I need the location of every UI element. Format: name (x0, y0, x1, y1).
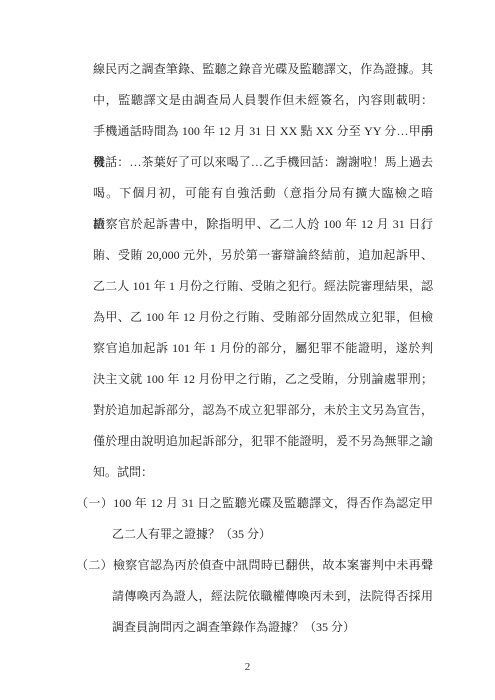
paragraph-line: 發話：…茶葉好了可以來喝了…乙手機回話：謝謝啦！馬上過去 (93, 147, 433, 178)
paragraph-line: 喝。下個月初，可能有自強活動（意指分局有擴大臨檢之暗語）」。 (93, 178, 433, 209)
paragraph-line: 為甲、乙 100 年 12 月份之行賄、受賄部分固然成立犯罪，但檢 (93, 302, 433, 333)
paragraph-line: 賄、受賄 20,000 元外，另於第一審辯論終結前，追加起訴甲、 (93, 240, 433, 271)
paragraph-line: 對於追加起訴部分，認為不成立犯罪部分，未於主文另為宣告， (93, 395, 433, 426)
paragraph-line: 僅於理由說明追加起訴部分，犯罪不能證明，爰不另為無罪之諭 (93, 426, 433, 457)
document-page: 線民丙之調查筆錄、監聽之錄音光碟及監聽譯文，作為證據。其 中，監聽譯文是由調查局… (0, 0, 495, 700)
question-item-2-line: 請傳喚丙為證人，經法院依職權傳喚丙未到，法院得否採用 (112, 581, 433, 612)
paragraph-line: 線民丙之調查筆錄、監聽之錄音光碟及監聽譯文，作為證據。其 (93, 54, 433, 85)
paragraph-line: 決主文就 100 年 12 月份甲之行賄，乙之受賄，分別論處罪刑； (93, 364, 433, 395)
question-item-2-line: 調查員詢問丙之調查筆錄作為證據？（35 分） (112, 612, 433, 643)
paragraph-line: 手機通話時間為 100 年 12 月 31 日 XX 點 XX 分至 YY 分…… (93, 116, 433, 147)
paragraph-line: 中，監聽譯文是由調查局人員製作但未經簽名，內容則載明：「兩 (93, 85, 433, 116)
question-item-2-line: （二）檢察官認為丙於偵查中訊問時已翻供，故本案審判中未再聲 (76, 550, 433, 581)
page-number: 2 (0, 660, 495, 674)
question-item-1-line: 乙二人有罪之證據？（35 分） (112, 519, 433, 550)
question-item-1-line: （一）100 年 12 月 31 日之監聽光碟及監聽譯文，得否作為認定甲 (76, 488, 433, 519)
paragraph-line: 察官追加起訴 101 年 1 月份的部分，屬犯罪不能證明，遂於判 (93, 333, 433, 364)
paragraph-line: 檢察官於起訴書中，除指明甲、乙二人於 100 年 12 月 31 日行 (93, 209, 433, 240)
exam-question-body: 線民丙之調查筆錄、監聽之錄音光碟及監聽譯文，作為證據。其 中，監聽譯文是由調查局… (76, 54, 433, 643)
paragraph-line: 知。試問： (93, 457, 433, 488)
paragraph-line: 乙二人 101 年 1 月份之行賄、受賄之犯行。經法院審理結果，認 (93, 271, 433, 302)
